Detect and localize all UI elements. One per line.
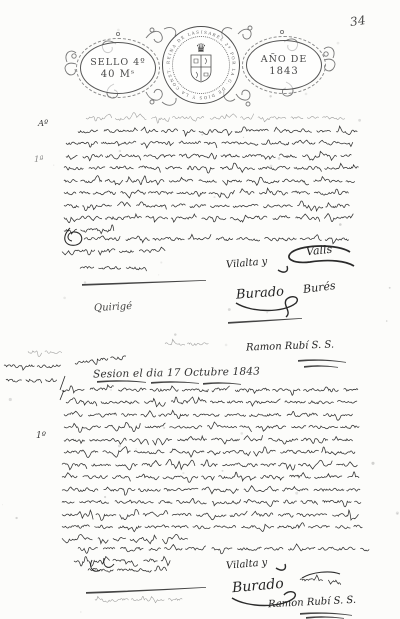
- handwriting-line: [78, 544, 369, 554]
- rubric-flourish-line: [228, 318, 302, 324]
- handwriting-line: [64, 214, 353, 223]
- handwriting-line: [64, 422, 359, 432]
- scan-noise-speckle: [201, 134, 203, 136]
- scan-noise-speckle: [305, 93, 308, 96]
- handwriting-ink-layer: [0, 0, 400, 619]
- scan-noise-speckle: [104, 496, 106, 498]
- scan-noise-speckle: [63, 297, 66, 300]
- handwriting-line: [62, 523, 362, 532]
- handwriting-line: [62, 472, 359, 483]
- rubric-flourish-line: [82, 280, 206, 286]
- rubric-flourish-line: [304, 365, 338, 368]
- handwriting-line: [62, 486, 360, 495]
- handwriting-line: [165, 339, 208, 345]
- scan-noise-speckle: [9, 398, 12, 401]
- handwriting-line: [66, 397, 357, 407]
- scan-noise-speckle: [80, 611, 82, 613]
- scanned-document-page: 34 SELLO 4º 40: [0, 0, 400, 619]
- scan-noise-speckle: [266, 312, 267, 313]
- scan-noise-speckle: [371, 462, 374, 465]
- scan-noise-speckle: [270, 165, 273, 168]
- rubric-flourish-line: [86, 587, 206, 594]
- rubric-flourish-line: [306, 616, 344, 619]
- handwriting-line: [28, 351, 62, 357]
- scan-noise-speckle: [240, 432, 243, 435]
- scan-noise-speckle: [243, 137, 244, 138]
- handwriting-line: [80, 266, 147, 271]
- handwriting-line: [4, 365, 61, 370]
- handwriting-line: [64, 176, 355, 186]
- handwriting-line: [62, 509, 358, 520]
- scan-noise-speckle: [119, 150, 122, 153]
- scan-noise-speckle: [339, 223, 342, 226]
- scan-noise-speckle: [225, 344, 228, 347]
- scan-noise-speckle: [158, 274, 159, 275]
- handwriting-line: [88, 566, 167, 572]
- scan-noise-speckle: [213, 196, 215, 198]
- handwriting-line: [86, 113, 345, 123]
- handwriting-line: [75, 355, 127, 367]
- rubric-flourish-line: [298, 359, 346, 362]
- scan-noise-speckle: [337, 42, 340, 45]
- scan-noise-speckle: [160, 261, 162, 263]
- scan-noise-speckle: [236, 474, 238, 476]
- scan-noise-speckle: [396, 512, 399, 515]
- handwriting-line: [64, 435, 353, 445]
- rubric-flourish-line: [203, 382, 241, 385]
- scan-noise-speckle: [84, 281, 87, 284]
- scan-noise-speckle: [53, 165, 54, 166]
- scan-noise-speckle: [386, 320, 388, 322]
- scan-noise-speckle: [15, 517, 17, 519]
- scan-noise-speckle: [389, 287, 391, 289]
- scan-noise-speckle: [316, 580, 317, 581]
- scan-noise-speckle: [182, 472, 184, 474]
- scan-noise-speckle: [158, 414, 160, 416]
- handwriting-line: [74, 556, 170, 566]
- handwriting-line: [64, 163, 359, 173]
- handwriting-line: [78, 126, 357, 136]
- handwriting-line: [62, 498, 361, 506]
- handwriting-line: [64, 201, 349, 211]
- handwriting-line: [62, 247, 165, 255]
- handwriting-line: [6, 379, 57, 383]
- handwriting-line: [62, 534, 188, 543]
- scan-noise-speckle: [358, 119, 361, 122]
- handwriting-line: [66, 140, 353, 148]
- handwriting-line: [64, 188, 348, 198]
- scan-noise-speckle: [295, 492, 298, 495]
- scan-noise-speckle: [228, 308, 231, 311]
- scan-noise-speckle: [2, 504, 3, 505]
- scan-noise-speckle: [135, 448, 137, 450]
- scan-noise-speckle: [110, 389, 112, 391]
- handwriting-line: [300, 575, 341, 585]
- scan-noise-speckle: [278, 157, 281, 160]
- handwriting-line: [62, 459, 357, 470]
- rubric-flourish-line: [97, 380, 146, 383]
- handwriting-line: [64, 410, 353, 420]
- scan-noise-speckle: [174, 333, 176, 335]
- scan-noise-speckle: [222, 470, 224, 472]
- handwriting-line: [95, 596, 182, 602]
- handwriting-line: [62, 385, 358, 395]
- scan-noise-speckle: [118, 445, 121, 448]
- scan-noise-speckle: [163, 427, 165, 429]
- handwriting-line: [84, 234, 349, 243]
- handwriting-line: [66, 151, 351, 160]
- rubric-flourish-line: [151, 381, 199, 384]
- rubric-flourish-line: [300, 612, 352, 615]
- handwriting-line: [64, 447, 355, 458]
- scan-noise-speckle: [269, 95, 271, 97]
- scan-noise-speckle: [117, 29, 120, 32]
